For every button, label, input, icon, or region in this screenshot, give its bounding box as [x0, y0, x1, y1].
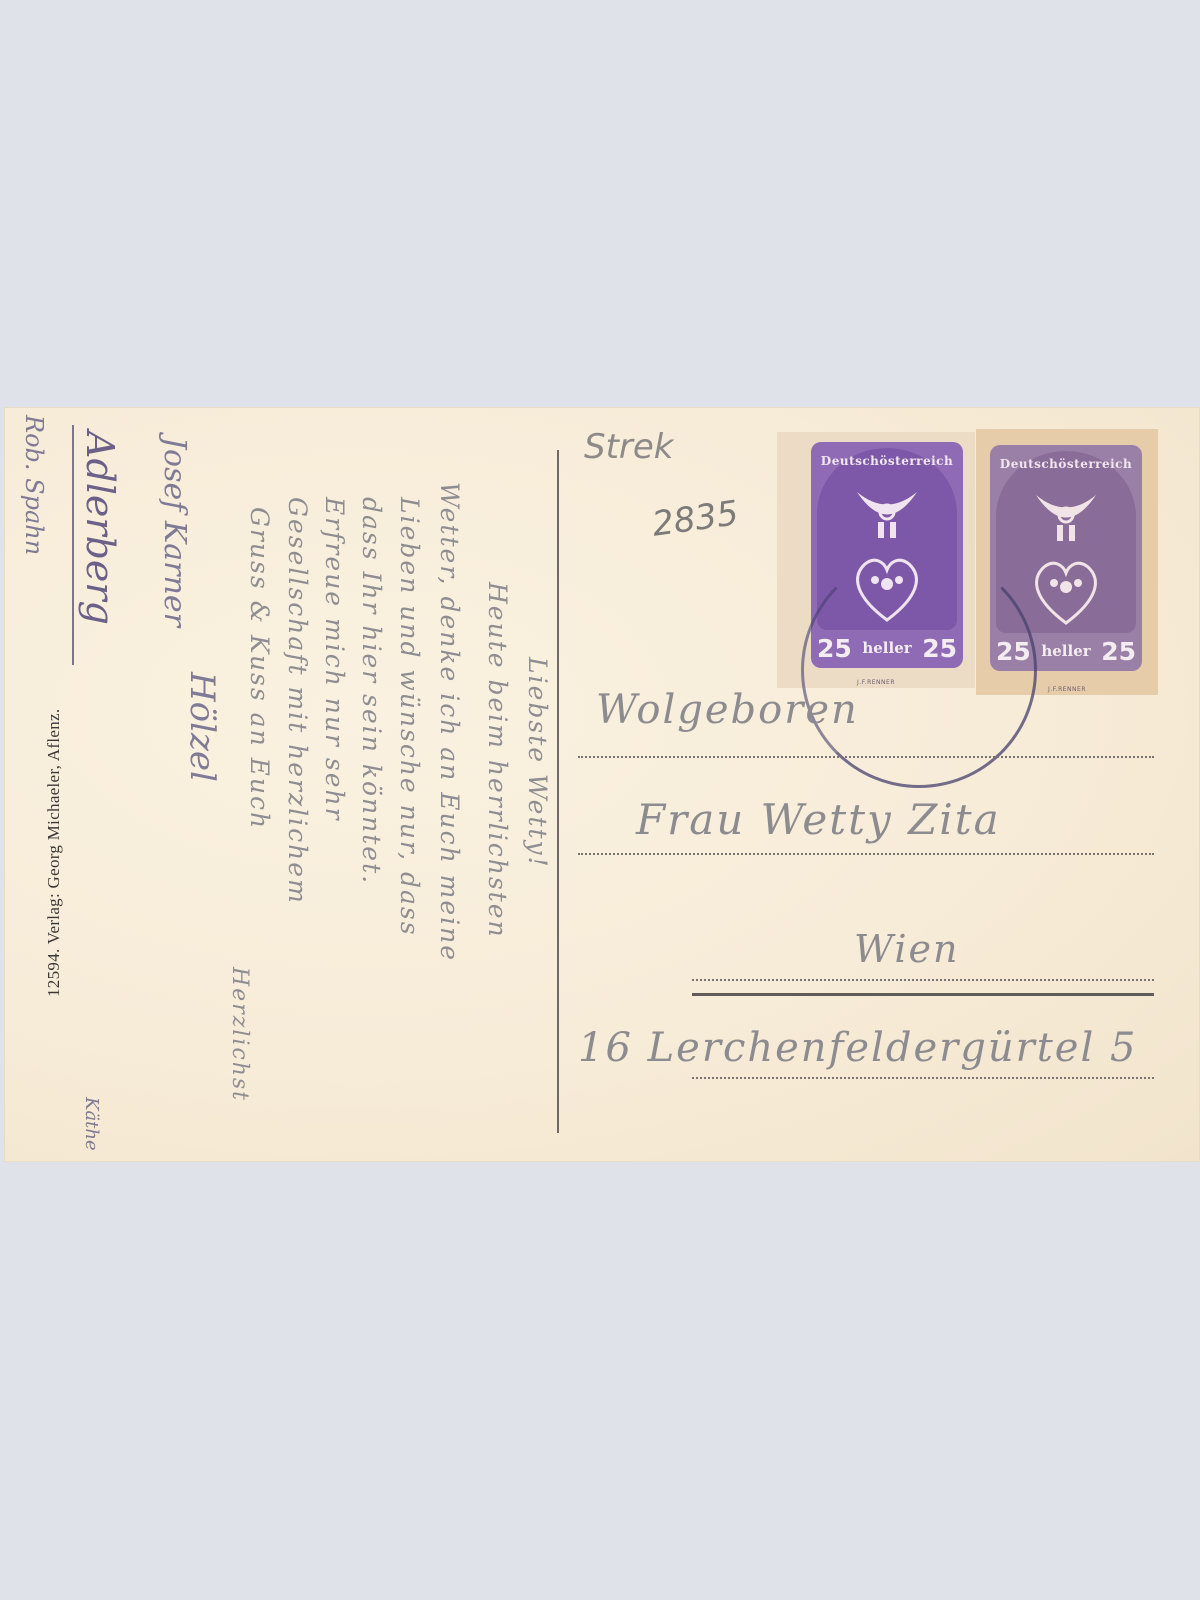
address-recipient: Frau Wetty Zita	[636, 795, 1001, 844]
message-line: Lieben und wünsche nur, dass	[395, 497, 424, 937]
stamp-country: Deutschösterreich	[990, 457, 1142, 471]
posthorn-icon	[852, 482, 922, 542]
address-city-underline	[692, 993, 1154, 996]
posthorn-icon	[1031, 485, 1101, 545]
postmark-cancellation	[801, 552, 1037, 788]
publisher-imprint: 12594. Verlag: Georg Michaeler, Aflenz.	[44, 709, 64, 997]
message-closing: Herzlichst	[227, 967, 252, 1102]
address-line-4	[692, 1077, 1154, 1079]
message-greeting: Liebste Wetty!	[523, 657, 552, 869]
message-line: Gesellschaft mit herzlichem	[283, 497, 312, 905]
message-line: Erfreue mich nur sehr	[320, 497, 349, 822]
stamp-value-right: 25	[1101, 637, 1136, 666]
signature-adlerberg: Adlerberg	[78, 431, 122, 625]
signature-josef-karner: Josef Karner	[157, 437, 192, 627]
message-line: Heute beim herrlichsten	[483, 582, 512, 939]
address-salutation: Wolgeboren	[596, 687, 859, 733]
signature-hoelzel: Hölzel	[182, 672, 222, 782]
message-line: dass Ihr hier sein könntet.	[357, 497, 386, 885]
signature-rob-spahn: Rob. Spahn	[20, 415, 48, 555]
address-line-2	[578, 853, 1154, 855]
signature-underline	[72, 425, 74, 665]
stamp-country: Deutschösterreich	[811, 454, 963, 468]
card-divider-line	[557, 450, 559, 1133]
address-street: 16 Lerchenfeldergürtel 5	[578, 1025, 1137, 1071]
address-city: Wien	[854, 927, 960, 971]
postcard-back: 12594. Verlag: Georg Michaeler, Aflenz. …	[4, 407, 1200, 1162]
address-line-1	[578, 756, 1154, 758]
address-line-3	[692, 979, 1154, 981]
signature-kaethe: Käthe	[81, 1097, 102, 1151]
pencil-note-top: Strek	[584, 427, 674, 467]
heart-ornament-icon	[1030, 555, 1102, 625]
pencil-note-number: 2835	[650, 493, 741, 545]
message-line: Wetter, denke ich an Euch meine	[435, 482, 464, 962]
stamp-unit: heller	[1041, 642, 1090, 660]
message-line: Gruss & Kuss an Euch	[245, 507, 274, 830]
